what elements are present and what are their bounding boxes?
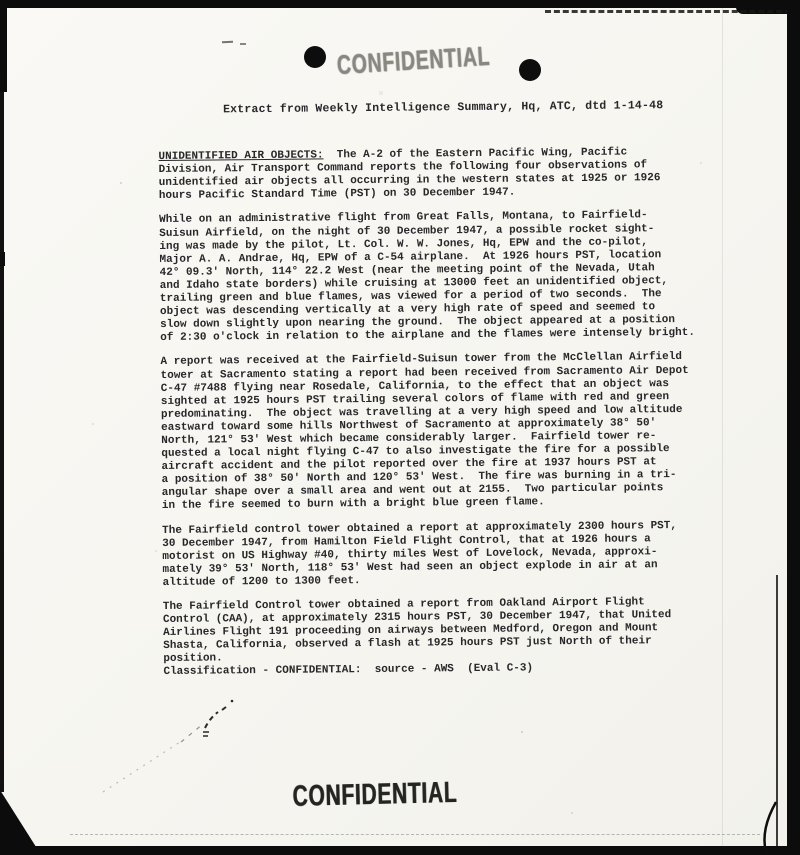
confidential-stamp-top: CONFIDENTIAL: [336, 41, 491, 81]
scan-edge-right: [787, 0, 800, 855]
confidential-stamp-bottom: CONFIDENTIAL: [292, 776, 458, 814]
pencil-scribble: [85, 690, 275, 800]
paper-speckles: [0, 0, 2, 2]
scan-edge-bottom: [0, 846, 800, 855]
typewritten-text-block: Extract from Weekly Intelligence Summary…: [158, 98, 763, 679]
paragraph-mcclellan-report: A report was received at the Fairfield-S…: [160, 351, 761, 514]
punch-hole-mark-left: [304, 46, 326, 68]
scan-corner-bottom-left: [0, 790, 38, 850]
paragraph-hamilton-field-report: The Fairfield control tower obtained a r…: [162, 519, 763, 590]
document-title: Extract from Weekly Intelligence Summary…: [223, 98, 758, 116]
punch-hole-mark-right: [519, 59, 541, 81]
paragraph-rocket-sighting: While on an administrative flight from G…: [159, 209, 760, 346]
scan-mark-dash: [240, 43, 246, 45]
section-heading: UNIDENTIFIED AIR OBJECTS:: [158, 150, 323, 164]
scan-edge-left-top: [0, 0, 7, 92]
paragraph-unidentified-air-objects: UNIDENTIFIED AIR OBJECTS: The A-2 of the…: [158, 145, 758, 203]
scan-mark-dash: [222, 41, 233, 44]
scan-crease-line: [70, 834, 760, 835]
scan-edge-left: [0, 0, 4, 792]
document-page: CONFIDENTIAL CONFIDENTIAL Extract from W…: [0, 0, 800, 855]
scan-edge-nub: [0, 252, 5, 266]
paragraph-oakland-report: The Fairfield Control tower obtained a r…: [163, 595, 764, 666]
scan-edge-top-dashed-line: [545, 10, 800, 13]
pen-mark-curve: [752, 800, 782, 855]
scan-edge-top: [0, 0, 800, 8]
